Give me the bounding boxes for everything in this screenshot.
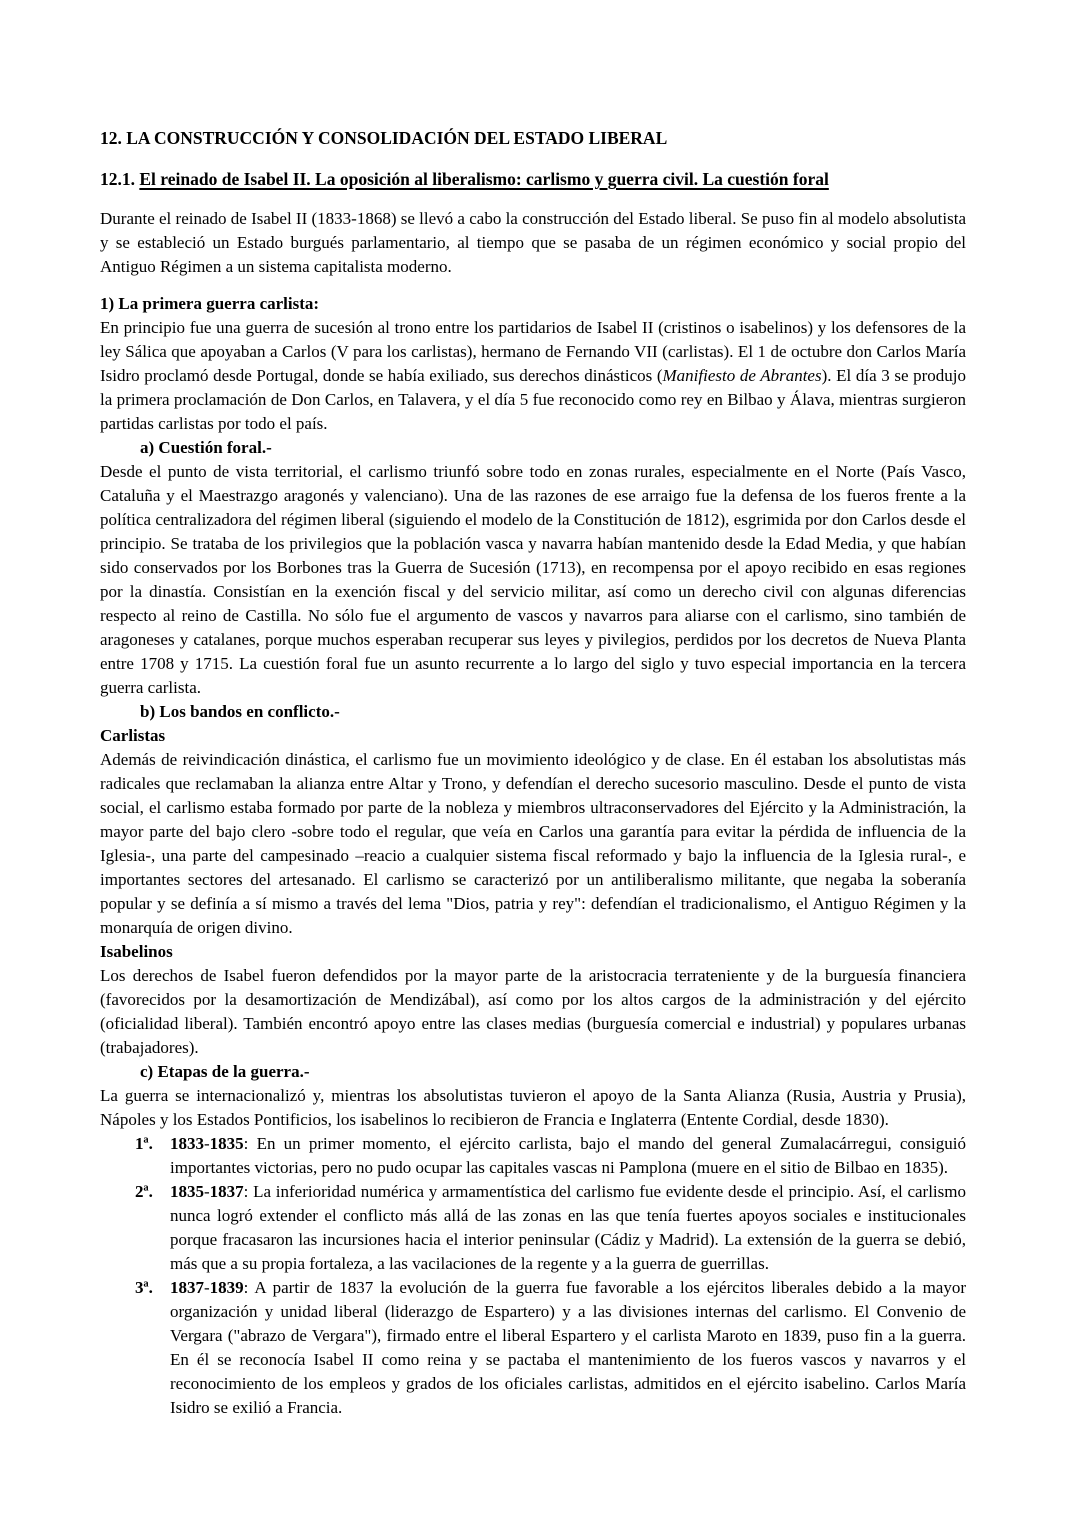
stage-ordinal: 1ª. [135, 1132, 153, 1156]
manifiesto-title-italic: Manifiesto de Abrantes [663, 366, 822, 385]
carlistas-paragraph: Además de reivindicación dinástica, el c… [100, 748, 966, 940]
stage-year-end: 1839 [210, 1278, 244, 1297]
etapas-intro-paragraph: La guerra se internacionalizó y, mientra… [100, 1084, 966, 1132]
part1-heading: 1) La primera guerra carlista: [100, 292, 966, 316]
stage-item: 3ª.1837-1839: A partir de 1837 la evoluc… [135, 1276, 966, 1420]
isabelinos-paragraph: Los derechos de Isabel fueron defendidos… [100, 964, 966, 1060]
stage-ordinal: 2ª. [135, 1180, 153, 1204]
intro-paragraph: Durante el reinado de Isabel II (1833-18… [100, 207, 966, 279]
isabelinos-label: Isabelinos [100, 940, 966, 964]
stage-text: 1837-1839: A partir de 1837 la evolución… [170, 1278, 966, 1417]
stage-text: 1833-1835: En un primer momento, el ejér… [170, 1134, 966, 1177]
stage-year-end: 1837 [210, 1182, 244, 1201]
stage-item: 2ª.1835-1837: La inferioridad numérica y… [135, 1180, 966, 1276]
foral-paragraph: Desde el punto de vista territorial, el … [100, 460, 966, 700]
carlistas-label: Carlistas [100, 724, 966, 748]
part1-paragraph: En principio fue una guerra de sucesión … [100, 316, 966, 436]
etapas-heading: c) Etapas de la guerra.- [100, 1060, 966, 1084]
stage-year-end: 1835 [210, 1134, 244, 1153]
stage-year-start: 1833 [170, 1134, 204, 1153]
document-page: 12. LA CONSTRUCCIÓN Y CONSOLIDACIÓN DEL … [0, 0, 1080, 1527]
stage-text: 1835-1837: La inferioridad numérica y ar… [170, 1182, 966, 1273]
document-title: 12. LA CONSTRUCCIÓN Y CONSOLIDACIÓN DEL … [100, 126, 966, 150]
section-number: 12.1. [100, 169, 135, 189]
bandos-heading: b) Los bandos en conflicto.- [100, 700, 966, 724]
stage-year-start: 1837 [170, 1278, 204, 1297]
section-heading: 12.1. El reinado de Isabel II. La oposic… [100, 167, 966, 191]
stage-item: 1ª.1833-1835: En un primer momento, el e… [135, 1132, 966, 1180]
section-heading-text: El reinado de Isabel II. La oposición al… [139, 169, 828, 189]
stage-ordinal: 3ª. [135, 1276, 153, 1300]
stage-year-start: 1835 [170, 1182, 204, 1201]
foral-heading: a) Cuestión foral.- [100, 436, 966, 460]
war-stages-list: 1ª.1833-1835: En un primer momento, el e… [135, 1132, 966, 1420]
